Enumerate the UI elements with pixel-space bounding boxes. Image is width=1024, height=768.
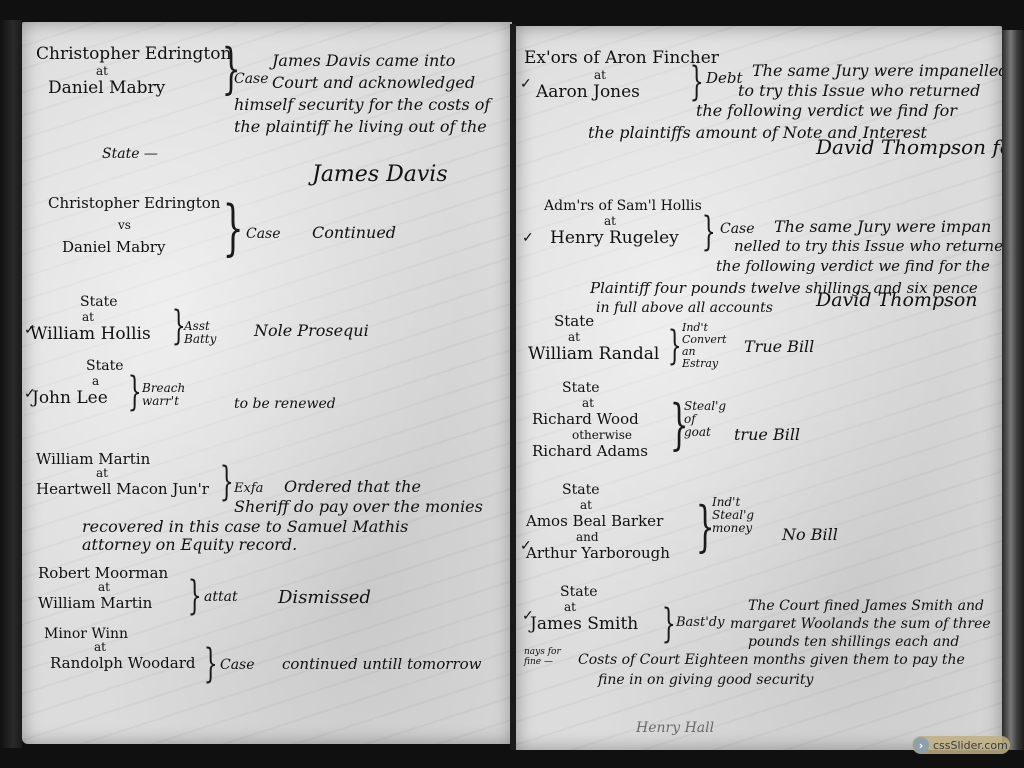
book-cover-right-edge xyxy=(1002,30,1024,750)
entry-text-line: The same Jury were impanelled xyxy=(752,62,1002,80)
ruling: continued untill tomorrow xyxy=(282,656,482,673)
entry-text-line: James Davis came into xyxy=(272,52,455,70)
left-page: Christopher Edrington at Daniel Mabry } … xyxy=(22,22,512,744)
defendant-line: Amos Beal Barker xyxy=(526,512,670,530)
action-type: Ind't Steal'g money xyxy=(712,496,748,536)
brace: } xyxy=(690,62,704,102)
defendant: William Martin xyxy=(38,594,168,612)
plaintiff: Christopher Edrington xyxy=(48,194,220,212)
versus: at xyxy=(44,640,195,654)
versus: at xyxy=(528,330,659,344)
ruling: Nole Prosequi xyxy=(254,322,369,340)
defendant: Henry Rugeley xyxy=(544,228,702,248)
entry-text-line: nelled to try this Issue who returned xyxy=(734,238,1002,255)
defendant: William Hollis xyxy=(30,324,151,344)
case-parties: State at Richard Wood otherwise Richard … xyxy=(532,380,648,460)
entry-text-line: the following verdict we find for xyxy=(696,102,957,120)
action-type: Bast'dy xyxy=(676,616,724,630)
faint-bleedthrough-text: Henry Hall xyxy=(636,720,714,736)
case-parties: Minor Winn at Randolph Woodard xyxy=(44,626,195,672)
defendant-line: Arthur Yarborough xyxy=(526,544,670,562)
plaintiff: State xyxy=(32,358,123,374)
plaintiff: State xyxy=(526,482,670,498)
versus: at xyxy=(532,396,648,410)
ruling: true Bill xyxy=(734,426,800,444)
versus: at xyxy=(36,466,209,480)
defendant: James Smith xyxy=(530,614,638,634)
versus: at xyxy=(36,64,231,78)
action-type: Ind't Convert an Estray xyxy=(682,322,722,370)
versus: a xyxy=(32,374,123,388)
entry-text-line: himself security for the costs of xyxy=(234,96,490,114)
plaintiff: State xyxy=(528,312,659,330)
defendant: Heartwell Macon Jun'r xyxy=(36,480,209,498)
defendant: Daniel Mabry xyxy=(48,232,220,256)
signature: James Davis xyxy=(312,162,448,187)
case-parties: State at William Hollis xyxy=(30,294,151,344)
versus: vs xyxy=(48,212,220,232)
plaintiff: Christopher Edrington xyxy=(36,44,231,64)
watermark-badge[interactable]: › cssSlider.com xyxy=(912,736,1010,754)
brace: } xyxy=(188,576,202,616)
case-parties: Adm'rs of Sam'l Hollis at Henry Rugeley xyxy=(544,198,702,248)
entry-text-line: Sheriff do pay over the monies xyxy=(234,498,483,516)
signature: David Thompson fore. xyxy=(816,136,1002,159)
action-type: Case xyxy=(720,222,755,237)
plaintiff: State xyxy=(30,294,151,310)
entry-text-line: margaret Woolands the sum of three xyxy=(730,616,991,632)
defendant-line: Richard Wood xyxy=(532,410,648,428)
ruling: to be renewed xyxy=(234,396,336,412)
brace: } xyxy=(702,212,716,252)
margin-note: nays for fine — xyxy=(524,648,564,668)
defendant: John Lee xyxy=(32,388,123,408)
entry-text-line: Costs of Court Eighteen months given the… xyxy=(578,652,965,668)
entry-text-line: attorney on Equity record. xyxy=(82,536,297,554)
ruling: Continued xyxy=(312,224,396,242)
versus: at xyxy=(526,498,670,512)
brace: } xyxy=(223,198,244,258)
ruling: Dismissed xyxy=(278,588,371,609)
case-parties: William Martin at Heartwell Macon Jun'r xyxy=(36,450,209,498)
ruling: True Bill xyxy=(744,338,814,356)
entry-text-line: the following verdict we find for the xyxy=(716,258,990,275)
entry-text-line: the plaintiff he living out of the xyxy=(234,118,487,136)
entry-text-line: fine in on giving good security xyxy=(598,672,813,688)
defendant-line: and xyxy=(526,530,670,544)
defendant: William Randal xyxy=(528,344,659,364)
checkmark: ✓ xyxy=(522,230,534,246)
entry-text-line: Ordered that the xyxy=(284,478,421,496)
plaintiff: State xyxy=(532,380,648,396)
brace: } xyxy=(204,644,218,684)
brace: } xyxy=(128,372,142,412)
entry-text-line: to try this Issue who returned xyxy=(738,82,980,100)
action-type: Breach warr't xyxy=(142,382,182,408)
right-page: ✓ Ex'ors of Aron Fincher at Aaron Jones … xyxy=(516,26,1002,750)
versus: at xyxy=(38,580,168,594)
brace: } xyxy=(222,42,241,96)
defendant: Daniel Mabry xyxy=(36,78,231,98)
action-type: Case xyxy=(220,658,255,673)
versus: at xyxy=(30,310,151,324)
entry-text-line: The same Jury were impan xyxy=(774,218,991,236)
watermark-label: cssSlider.com xyxy=(933,739,1008,752)
defendant: Randolph Woodard xyxy=(44,654,195,672)
case-parties: Christopher Edrington vs Daniel Mabry xyxy=(48,194,220,256)
entry-text-line: recovered in this case to Samuel Mathis xyxy=(82,518,408,536)
defendant-line: Richard Adams xyxy=(532,442,648,460)
case-parties: State at James Smith xyxy=(530,584,638,634)
entry-text-line: State — xyxy=(102,146,158,162)
action-type: Case xyxy=(246,226,281,242)
brace: } xyxy=(662,604,676,644)
plaintiff: Adm'rs of Sam'l Hollis xyxy=(544,198,702,214)
action-type: Asst Batty xyxy=(184,320,214,346)
entry-text-line: The Court fined James Smith and xyxy=(748,598,984,614)
entry-text-line: Court and acknowledged xyxy=(272,74,475,92)
case-parties: State at Amos Beal Barker and Arthur Yar… xyxy=(526,482,670,562)
plaintiff: State xyxy=(530,584,638,600)
case-parties: State a John Lee xyxy=(32,358,123,408)
case-parties: Christopher Edrington at Daniel Mabry xyxy=(36,44,231,98)
entry-text-line: pounds ten shillings each and xyxy=(748,634,959,650)
chevron-right-icon: › xyxy=(913,737,929,753)
signature: David Thompson xyxy=(816,290,978,312)
action-type: attat xyxy=(204,590,238,605)
book-cover-left-edge xyxy=(0,20,22,748)
brace: } xyxy=(668,326,682,366)
action-type: Case xyxy=(234,72,269,87)
case-parties: Robert Moorman at William Martin xyxy=(38,564,168,612)
action-type: Steal'g of goat xyxy=(684,400,720,440)
versus: at xyxy=(544,214,702,228)
versus: at xyxy=(530,600,638,614)
ruling: No Bill xyxy=(782,526,838,544)
brace: } xyxy=(220,462,234,502)
action-type: Exfa xyxy=(234,482,263,496)
case-parties: State at William Randal xyxy=(528,312,659,364)
defendant-line: otherwise xyxy=(532,428,648,442)
